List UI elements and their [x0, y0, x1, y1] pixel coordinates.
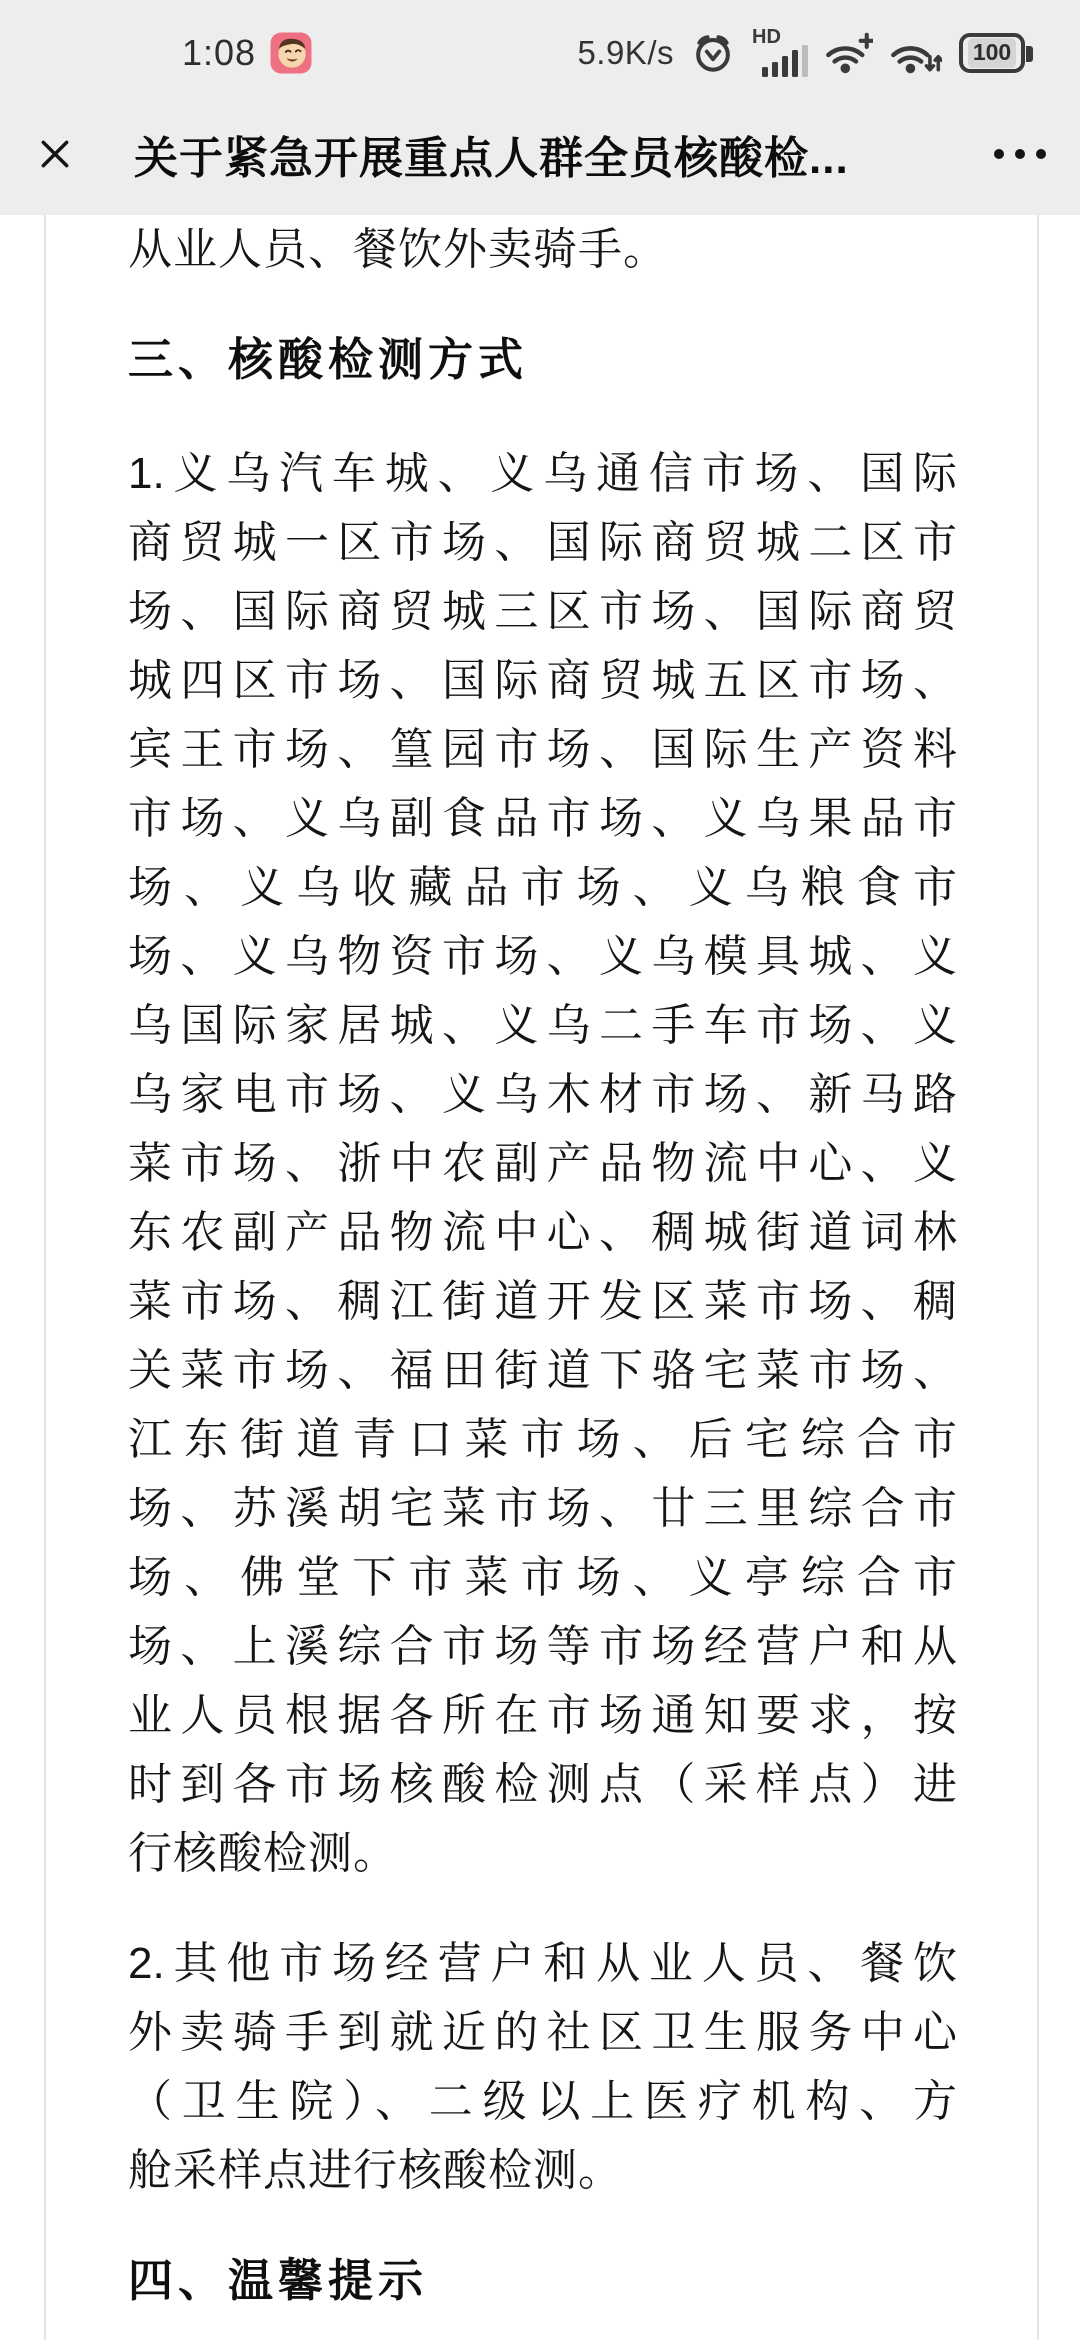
clock-time: 1:08 [182, 32, 256, 74]
section-heading: 四、温馨提示 [128, 2246, 957, 2315]
page-title: 关于紧急开展重点人群全员核酸检... [134, 122, 992, 186]
document-line: 菜市场、浙中农副产品物流中心、义 [128, 1129, 957, 1198]
document-line: 场、上溪综合市场等市场经营户和从 [128, 1612, 957, 1681]
document-line: （卫生院）、二级以上医疗机构、方 [128, 2067, 957, 2136]
document-line: 宾王市场、篁园市场、国际生产资料 [128, 715, 957, 784]
battery-level: 100 [968, 38, 1016, 67]
notification-emoji-icon [270, 32, 312, 74]
more-dots-icon [1015, 149, 1025, 159]
document-line: 商贸城一区市场、国际商贸城二区市 [128, 508, 957, 577]
document-line: 关菜市场、福田街道下骆宅菜市场、 [128, 1336, 957, 1405]
document-line: 城四区市场、国际商贸城五区市场、 [128, 646, 957, 715]
more-button[interactable] [992, 139, 1048, 169]
close-button[interactable] [32, 131, 78, 177]
document-line: 菜市场、稠江街道开发区菜市场、稠 [128, 1267, 957, 1336]
page-right-edge [1037, 215, 1039, 2340]
document-line: 场、义乌物资市场、义乌模具城、义 [128, 922, 957, 991]
paragraph: 从业人员、餐饮外卖骑手。 [128, 215, 957, 284]
document-line: 场、苏溪胡宅菜市场、廿三里综合市 [128, 1474, 957, 1543]
status-right: 5.9K/s HD [577, 27, 1025, 79]
document-line: 江东街道青口菜市场、后宅综合市 [128, 1405, 957, 1474]
document-line: 乌家电市场、义乌木材市场、新马路 [128, 1060, 957, 1129]
document-line: 舱采样点进行核酸检测。 [128, 2136, 957, 2205]
document-page[interactable]: 从业人员、餐饮外卖骑手。三、核酸检测方式1.义乌汽车城、义乌通信市场、国际商贸城… [0, 215, 1080, 2340]
section-heading: 三、核酸检测方式 [128, 325, 957, 394]
status-bar: 1:08 5.9K/s HD [0, 0, 1080, 92]
document-line: 市场、义乌副食品市场、义乌果品市 [128, 784, 957, 853]
more-dots-icon [994, 149, 1004, 159]
paragraph: 1.义乌汽车城、义乌通信市场、国际商贸城一区市场、国际商贸城二区市场、国际商贸城… [128, 439, 957, 1888]
paragraph: 2.其他市场经营户和从业人员、餐饮外卖骑手到就近的社区卫生服务中心（卫生院）、二… [128, 1929, 957, 2205]
battery-nub [1026, 46, 1033, 62]
document-body: 从业人员、餐饮外卖骑手。三、核酸检测方式1.义乌汽车城、义乌通信市场、国际商贸城… [0, 215, 1080, 2315]
alarm-icon [691, 31, 735, 75]
wifi-plus-icon [825, 31, 873, 75]
cellular-signal-icon: HD [752, 27, 808, 79]
network-speed: 5.9K/s [577, 34, 674, 72]
document-line: 场、国际商贸城三区市场、国际商贸 [128, 577, 957, 646]
document-line: 外卖骑手到就近的社区卫生服务中心 [128, 1998, 957, 2067]
document-line: 东农副产品物流中心、稠城街道词林 [128, 1198, 957, 1267]
nav-bar: 关于紧急开展重点人群全员核酸检... [0, 92, 1080, 215]
document-line: 1.义乌汽车城、义乌通信市场、国际 [128, 439, 957, 508]
document-line: 行核酸检测。 [128, 1819, 957, 1888]
battery-icon: 100 [959, 33, 1025, 73]
chrome-area: 1:08 5.9K/s HD [0, 0, 1080, 215]
status-left: 1:08 [182, 32, 312, 74]
hd-volte-label: HD [752, 27, 781, 47]
wifi-icon [890, 31, 942, 75]
more-dots-icon [1036, 149, 1046, 159]
document-line: 从业人员、餐饮外卖骑手。 [128, 215, 957, 284]
document-line: 场、佛堂下市菜市场、义亭综合市 [128, 1543, 957, 1612]
page-left-edge [44, 215, 46, 2340]
document-line: 乌国际家居城、义乌二手车市场、义 [128, 991, 957, 1060]
document-line: 时到各市场核酸检测点（采样点）进 [128, 1750, 957, 1819]
close-icon [34, 133, 76, 175]
document-line: 场、义乌收藏品市场、义乌粮食市 [128, 853, 957, 922]
document-line: 业人员根据各所在市场通知要求，按 [128, 1681, 957, 1750]
document-line: 2.其他市场经营户和从业人员、餐饮 [128, 1929, 957, 1998]
